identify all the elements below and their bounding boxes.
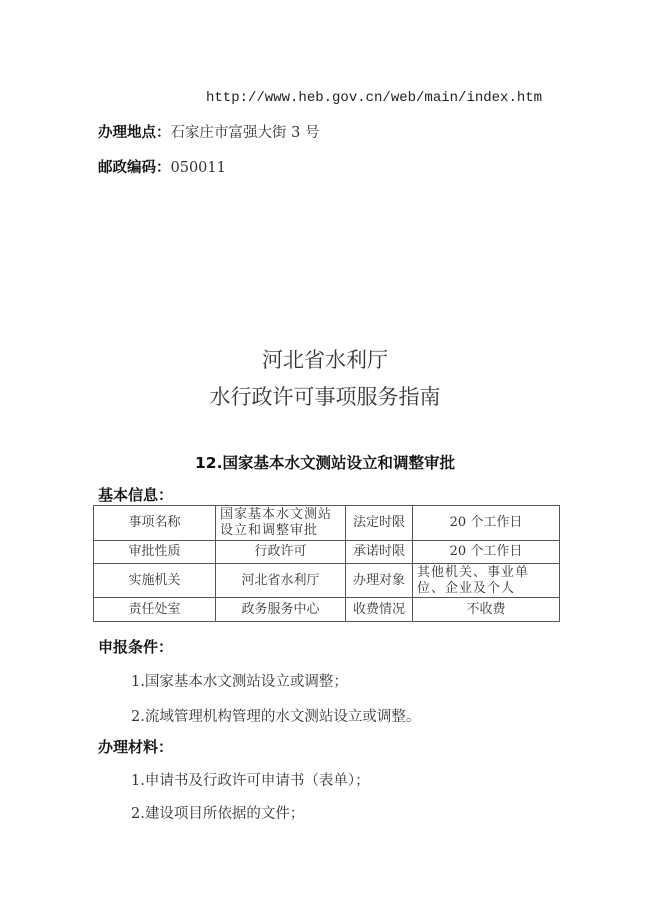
item-title: 12.国家基本水文测站设立和调整审批: [0, 451, 650, 473]
address-line: 办理地点：石家庄市富强大街 3 号: [98, 121, 319, 142]
postcode-label: 邮政编码：: [98, 160, 171, 176]
address-value: 石家庄市富强大街 3 号: [171, 125, 320, 141]
table-value: 政务服务中心: [216, 598, 346, 622]
address-label: 办理地点：: [98, 125, 171, 141]
conditions-heading: 申报条件：: [98, 636, 173, 657]
table-value: 20 个工作日: [413, 541, 560, 564]
table-key: 承诺时限: [346, 541, 413, 564]
postcode-line: 邮政编码：050011: [98, 156, 226, 177]
table-key: 审批性质: [94, 541, 216, 564]
table-key: 收费情况: [346, 598, 413, 622]
org-title: 河北省水利厅: [0, 344, 650, 374]
postcode-value: 050011: [171, 160, 226, 176]
table-value: 行政许可: [216, 541, 346, 564]
material-item: 1.申请书及行政许可申请书（表单）；: [131, 769, 370, 790]
material-item: 2.建设项目所依据的文件；: [131, 802, 304, 823]
table-key: 事项名称: [94, 506, 216, 541]
table-row: 事项名称 国家基本水文测站设立和调整审批 法定时限 20 个工作日: [94, 506, 560, 541]
table-key: 办理对象: [346, 564, 413, 598]
guide-title: 水行政许可事项服务指南: [0, 381, 650, 411]
table-value: 其他机关、事业单位、企业及个人: [413, 564, 560, 598]
table-key: 法定时限: [346, 506, 413, 541]
basic-info-table: 事项名称 国家基本水文测站设立和调整审批 法定时限 20 个工作日 审批性质 行…: [93, 505, 560, 622]
table-value: 不收费: [413, 598, 560, 622]
table-row: 实施机关 河北省水利厅 办理对象 其他机关、事业单位、企业及个人: [94, 564, 560, 598]
table-row: 审批性质 行政许可 承诺时限 20 个工作日: [94, 541, 560, 564]
table-value: 河北省水利厅: [216, 564, 346, 598]
table-value: 20 个工作日: [413, 506, 560, 541]
website-url: http://www.heb.gov.cn/web/main/index.htm: [206, 90, 542, 106]
condition-item: 1.国家基本水文测站设立或调整；: [131, 670, 348, 691]
table-key: 实施机关: [94, 564, 216, 598]
basic-info-heading: 基本信息：: [98, 484, 173, 505]
materials-heading: 办理材料：: [98, 736, 173, 757]
condition-item: 2.流域管理机构管理的水文测站设立或调整。: [131, 705, 420, 726]
table-value: 国家基本水文测站设立和调整审批: [216, 506, 346, 541]
table-row: 责任处室 政务服务中心 收费情况 不收费: [94, 598, 560, 622]
table-key: 责任处室: [94, 598, 216, 622]
